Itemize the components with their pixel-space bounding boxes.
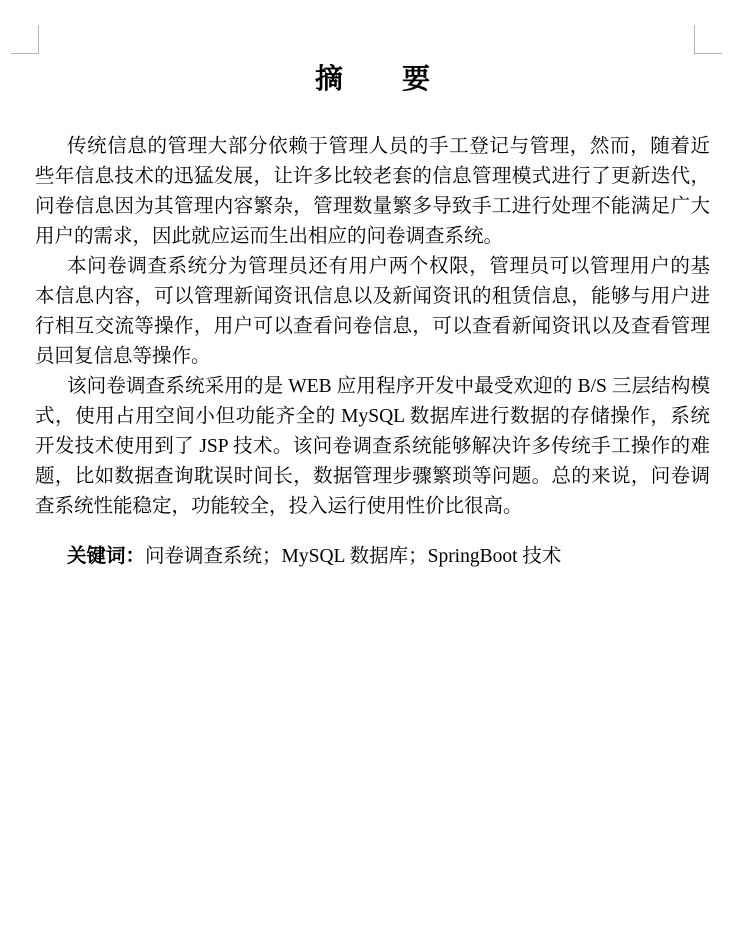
abstract-body: 传统信息的管理大部分依赖于管理人员的手工登记与管理，然而，随着近些年信息技术的迅… [35, 132, 710, 572]
keywords-label: 关键词： [67, 546, 145, 567]
margin-crop-mark-top-left [11, 25, 39, 54]
keywords-line: 关键词：问卷调查系统；MySQL 数据库；SpringBoot 技术 [35, 542, 710, 572]
document-page: 摘 要 传统信息的管理大部分依赖于管理人员的手工登记与管理，然而，随着近些年信息… [0, 0, 746, 926]
abstract-paragraph-3: 该问卷调查系统采用的是 WEB 应用程序开发中最受欢迎的 B/S 三层结构模式，… [35, 372, 710, 522]
margin-crop-mark-top-right [694, 25, 722, 54]
abstract-paragraph-1: 传统信息的管理大部分依赖于管理人员的手工登记与管理，然而，随着近些年信息技术的迅… [35, 132, 710, 252]
keywords-value: 问卷调查系统；MySQL 数据库；SpringBoot 技术 [145, 546, 561, 567]
abstract-paragraph-2: 本问卷调查系统分为管理员还有用户两个权限，管理员可以管理用户的基本信息内容，可以… [35, 252, 710, 372]
page-title: 摘 要 [0, 0, 746, 98]
